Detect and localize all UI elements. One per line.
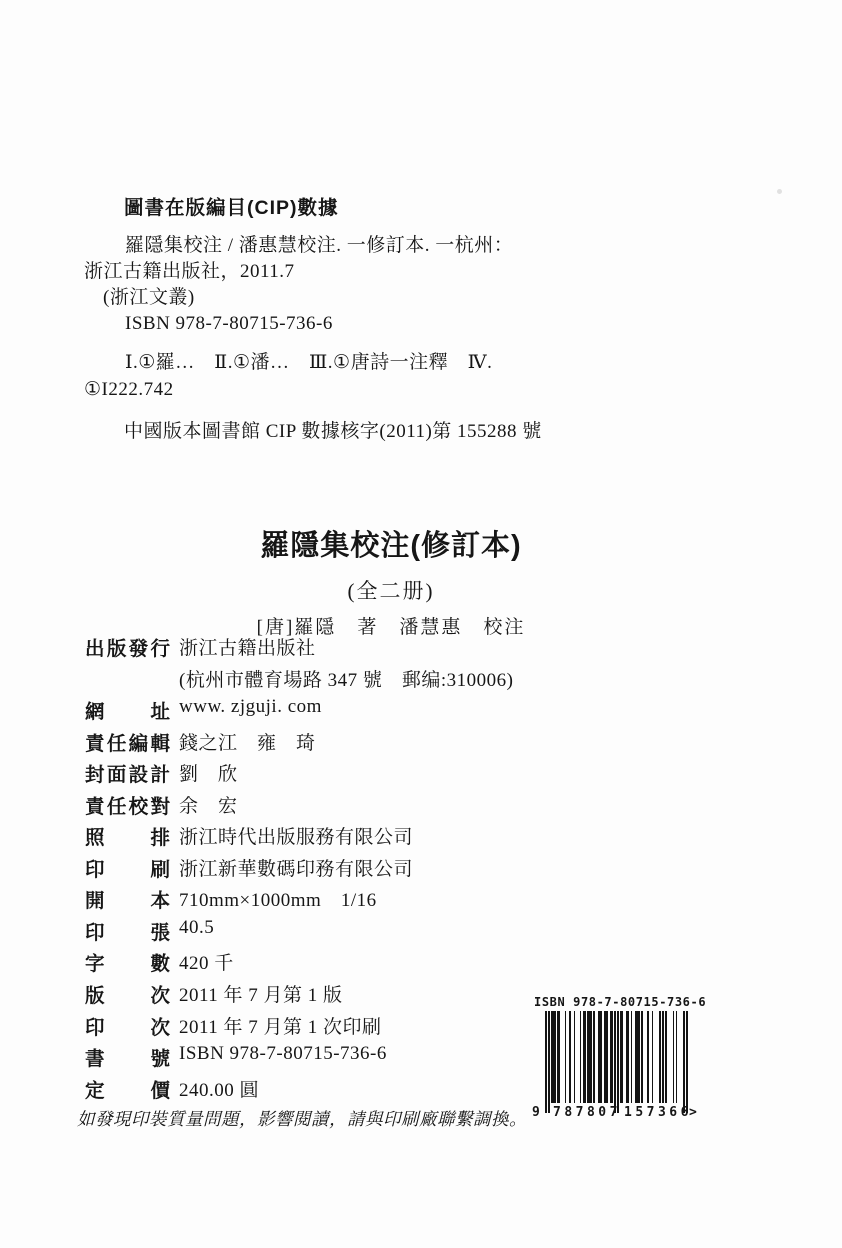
colophon-row-label: 封面設計: [85, 759, 170, 787]
colophon-row-label: 印張: [85, 917, 170, 945]
colophon-row-label: 網址: [85, 696, 170, 724]
colophon-row-label: 印次: [85, 1012, 170, 1040]
colophon-row-value: 浙江時代出版服務有限公司: [179, 822, 413, 849]
colophon-row: 出版發行浙江古籍出版社: [85, 633, 685, 665]
colophon-row-value: 錢之江 雍 琦: [179, 728, 316, 755]
colophon-row-label: 出版發行: [85, 633, 170, 661]
colophon-row: 印張40.5: [85, 917, 685, 949]
colophon-row-label: 書號: [85, 1043, 170, 1071]
colophon-row: 封面設計劉 欣: [85, 759, 685, 791]
colophon-row-value: 浙江新華數碼印務有限公司: [179, 854, 413, 881]
colophon-row-label: 定價: [85, 1075, 170, 1103]
colophon-row-value: 劉 欣: [179, 759, 238, 786]
colophon-row-value: www. zjguji. com: [179, 696, 322, 718]
colophon-row-value: 2011 年 7 月第 1 次印刷: [179, 1012, 382, 1039]
colophon-row: 網址www. zjguji. com: [85, 696, 685, 728]
barcode-bars: [545, 1011, 688, 1113]
colophon-row-value: 710mm×1000mm 1/16: [179, 885, 377, 912]
colophon-row-value: ISBN 978-7-80715-736-6: [179, 1043, 387, 1065]
barcode-bar: [686, 1011, 688, 1113]
cip-record-number: 中國版本圖書館 CIP 數據核字(2011)第 155288 號: [124, 416, 542, 443]
cip-classification-line: Ⅰ.①羅… Ⅱ.①潘… Ⅲ.①唐詩一注釋 Ⅳ.: [125, 350, 492, 377]
colophon-row-label: 開本: [85, 885, 170, 913]
colophon-row-label: 字數: [85, 948, 170, 976]
print-quality-note: 如發現印裝質量問題，影響閱讀，請與印刷廠聯繫調換。: [77, 1106, 527, 1131]
cip-entry-line: 浙江古籍出版社，2011.7: [84, 259, 513, 285]
colophon-row-value: 240.00 圓: [179, 1075, 259, 1102]
barcode-arrow: >: [689, 1105, 697, 1120]
cip-entry-line: 羅隱集校注 / 潘惠慧校注. 一修訂本. 一杭州：: [125, 233, 513, 259]
colophon-row: 印刷浙江新華數碼印務有限公司: [85, 854, 685, 886]
cip-heading: 圖書在版編目(CIP)數據: [124, 192, 339, 220]
colophon-row: 責任編輯錢之江 雍 琦: [85, 728, 685, 760]
colophon-row-value: 2011 年 7 月第 1 版: [179, 980, 343, 1007]
cip-classification: Ⅰ.①羅… Ⅱ.①潘… Ⅲ.①唐詩一注釋 Ⅳ. ①I222.742: [84, 350, 492, 403]
colophon-row-value: (杭州市體育場路 347 號 郵编:310006): [179, 665, 513, 692]
cip-entry-line: ISBN 978-7-80715-736-6: [125, 311, 513, 337]
book-title: 羅隱集校注(修訂本): [85, 523, 697, 564]
colophon-row-value: 浙江古籍出版社: [179, 633, 316, 660]
cip-entry-line: (浙江文叢): [103, 285, 513, 311]
barcode-digit-group1: 787807: [553, 1105, 621, 1120]
colophon-row-label: 責任校對: [85, 791, 170, 819]
colophon-page: 圖書在版編目(CIP)數據 羅隱集校注 / 潘惠慧校注. 一修訂本. 一杭州：浙…: [0, 0, 842, 1248]
colophon-row: 字數420 千: [85, 948, 685, 980]
cip-classification-line: ①I222.742: [84, 377, 492, 404]
colophon-row: 責任校對余 宏: [85, 791, 685, 823]
colophon-row-value: 余 宏: [179, 791, 238, 818]
scan-artifact-dot: [777, 189, 782, 194]
cip-entry: 羅隱集校注 / 潘惠慧校注. 一修訂本. 一杭州：浙江古籍出版社，2011.7(…: [84, 233, 513, 337]
colophon-row-value: 40.5: [179, 917, 214, 939]
colophon-row: 開本710mm×1000mm 1/16: [85, 885, 685, 917]
barcode-digit-group2: 157366: [624, 1105, 692, 1120]
colophon-row: (杭州市體育場路 347 號 郵编:310006): [85, 665, 685, 697]
book-volumes: (全二册): [85, 575, 697, 605]
colophon-row-label: 印刷: [85, 854, 170, 882]
title-block: 羅隱集校注(修訂本) (全二册) [唐]羅隱 著 潘慧惠 校注: [85, 523, 697, 639]
colophon-row-label: 版次: [85, 980, 170, 1008]
colophon-row-label: 照排: [85, 822, 170, 850]
colophon-row-value: 420 千: [179, 948, 234, 975]
barcode-isbn-text: ISBN 978-7-80715-736-6: [534, 995, 706, 1009]
isbn-barcode: ISBN 978-7-80715-736-6 9 787807 157366 >: [532, 995, 717, 1130]
colophon-row: 照排浙江時代出版服務有限公司: [85, 822, 685, 854]
colophon-row-label: 責任編輯: [85, 728, 170, 756]
barcode-digit-lead: 9: [532, 1105, 540, 1120]
